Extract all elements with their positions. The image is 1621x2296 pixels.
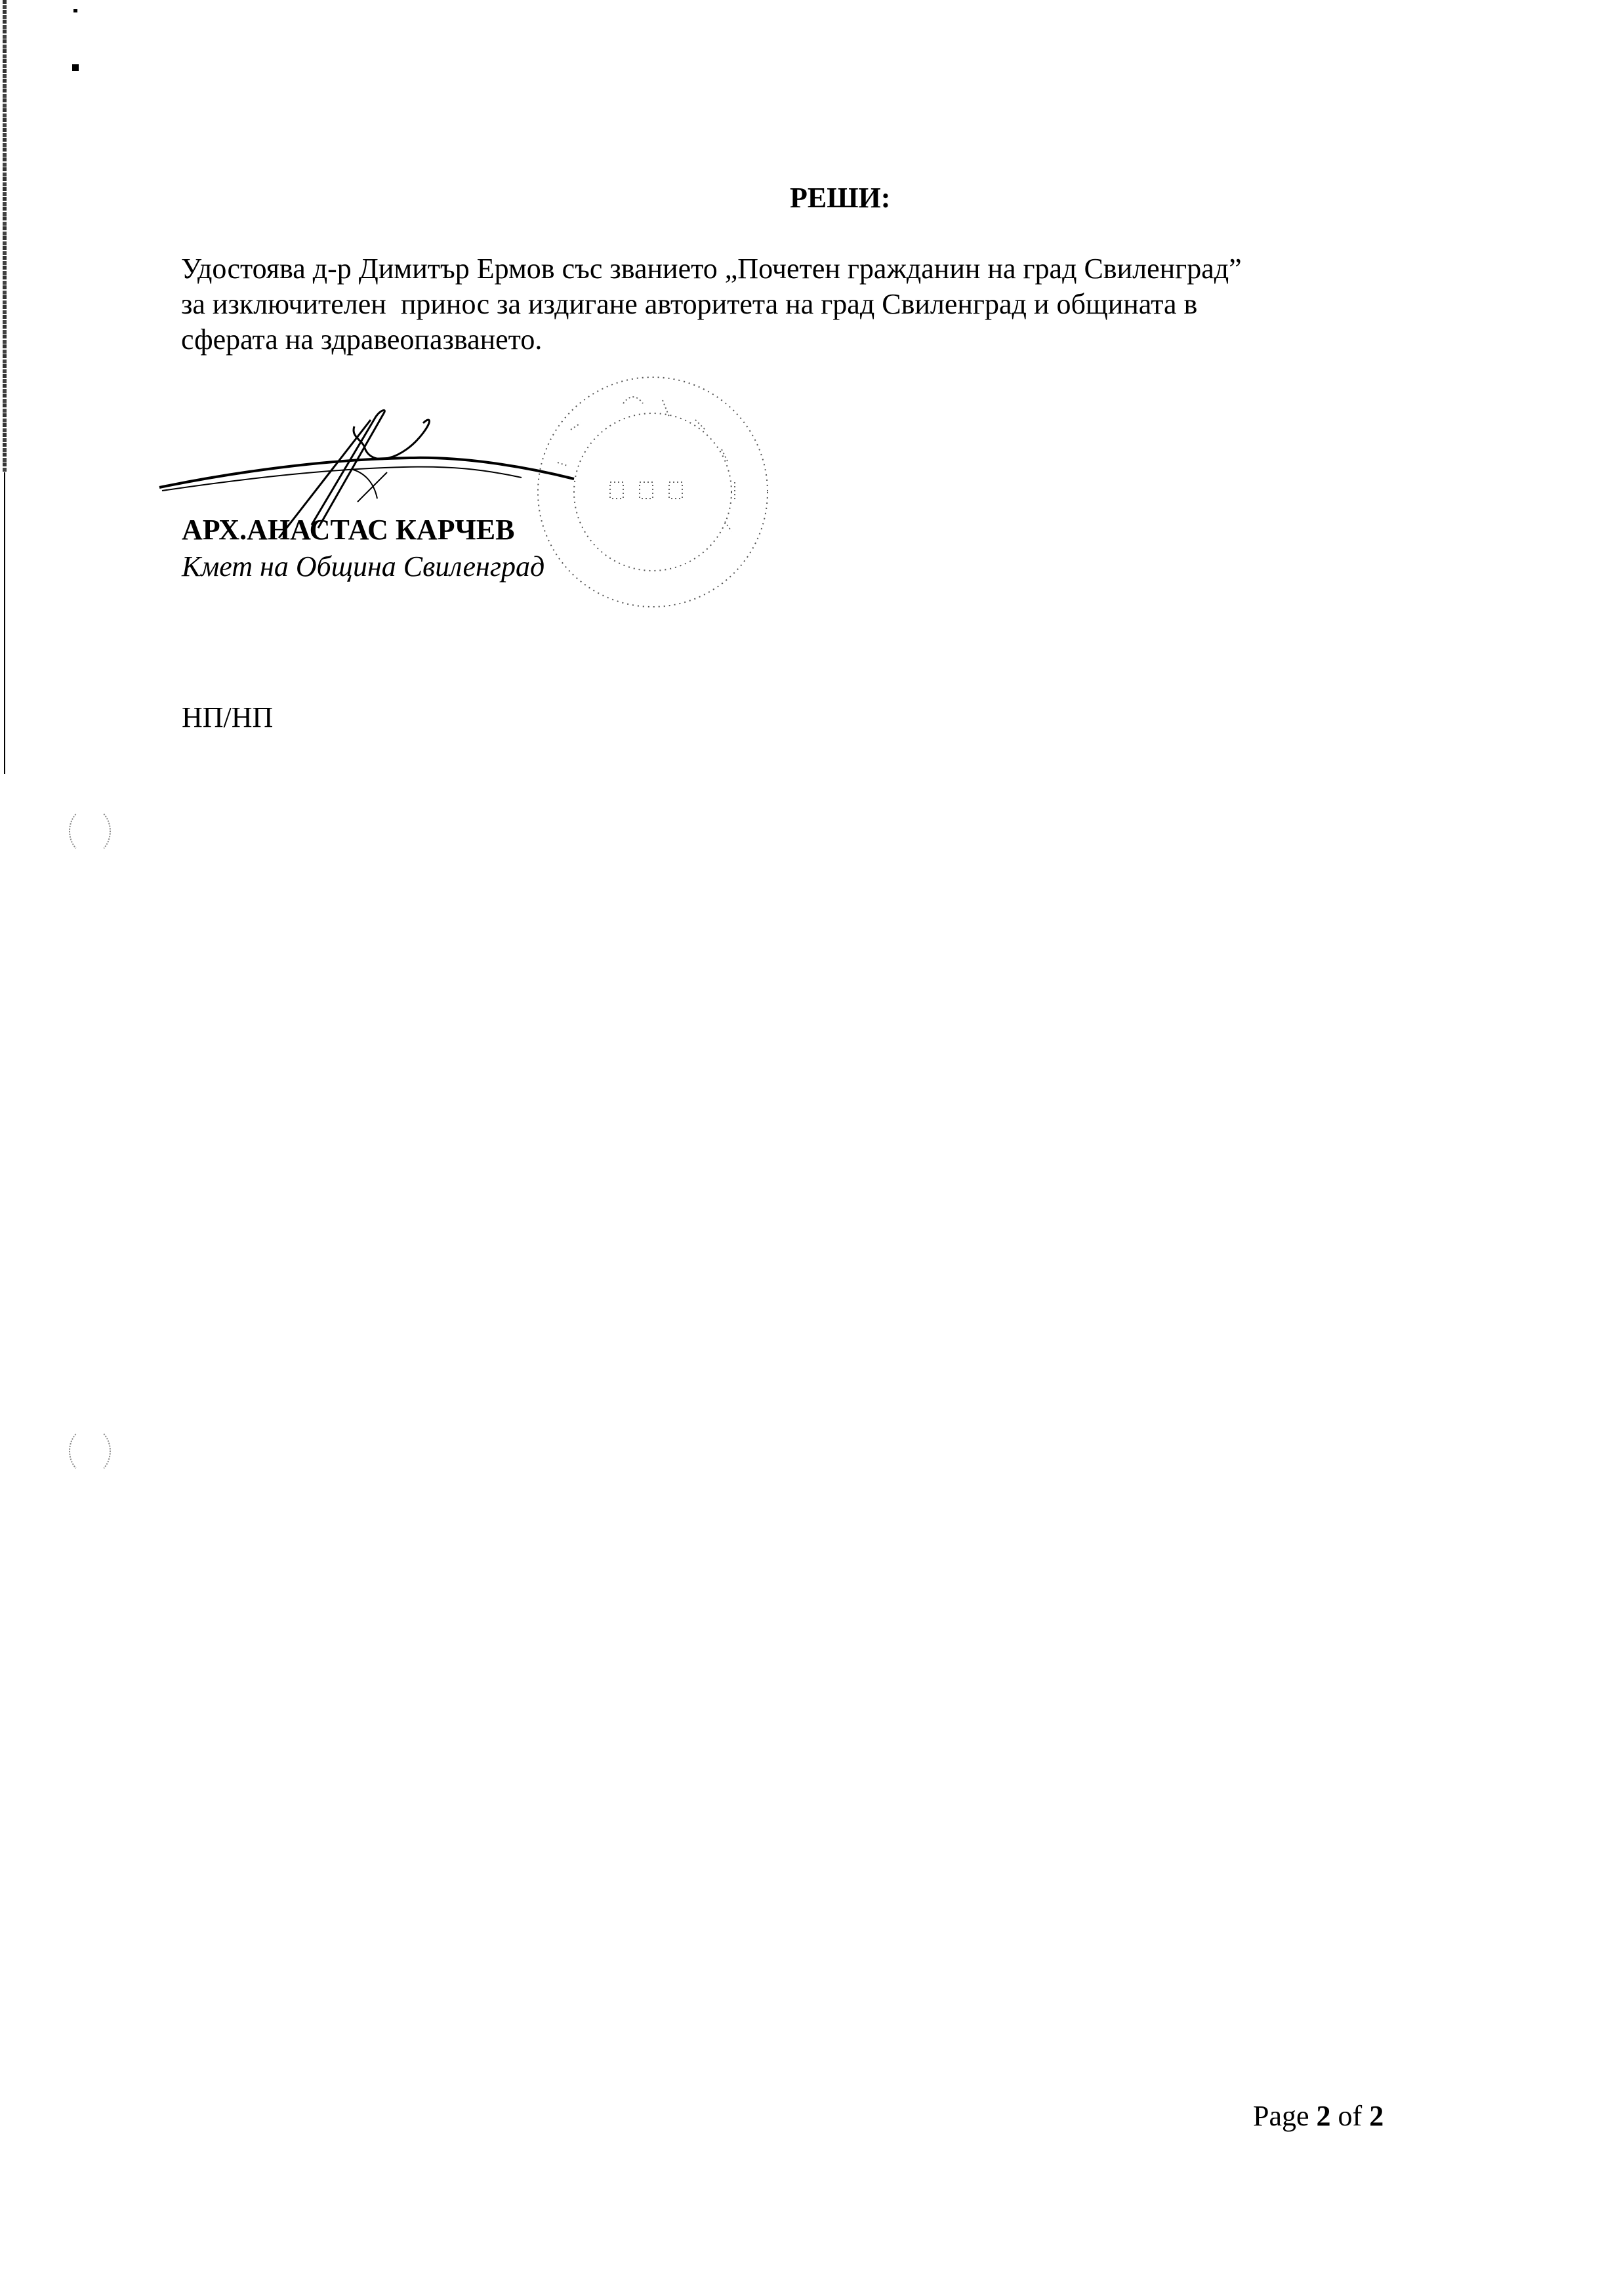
scan-edge-artifact xyxy=(3,0,7,472)
page-number: Page 2 of 2 xyxy=(1253,2099,1384,2133)
punch-hole-mark xyxy=(69,807,111,855)
page-current: 2 xyxy=(1317,2100,1331,2132)
scan-speck xyxy=(72,64,79,71)
scan-speck xyxy=(73,9,77,12)
page-mid: of xyxy=(1331,2100,1370,2132)
page-total: 2 xyxy=(1369,2100,1384,2132)
official-seal-icon xyxy=(531,371,774,613)
scan-edge-line xyxy=(4,472,5,774)
signer-name: АРХ.АНАСТАС КАРЧЕВ xyxy=(182,513,515,546)
decision-heading: РЕШИ: xyxy=(790,181,890,215)
body-line: за изключителен принос за издигане автор… xyxy=(181,287,1427,322)
page-prefix: Page xyxy=(1253,2100,1317,2132)
author-initials: НП/НП xyxy=(182,701,273,734)
body-line: сферата на здравеопазването. xyxy=(181,322,1427,358)
signer-title: Кмет на Община Свиленград xyxy=(182,550,544,583)
decision-body: Удостоява д-р Димитър Ермов със званието… xyxy=(181,251,1427,358)
punch-hole-mark xyxy=(69,1427,111,1475)
body-line: Удостоява д-р Димитър Ермов със званието… xyxy=(181,251,1427,287)
